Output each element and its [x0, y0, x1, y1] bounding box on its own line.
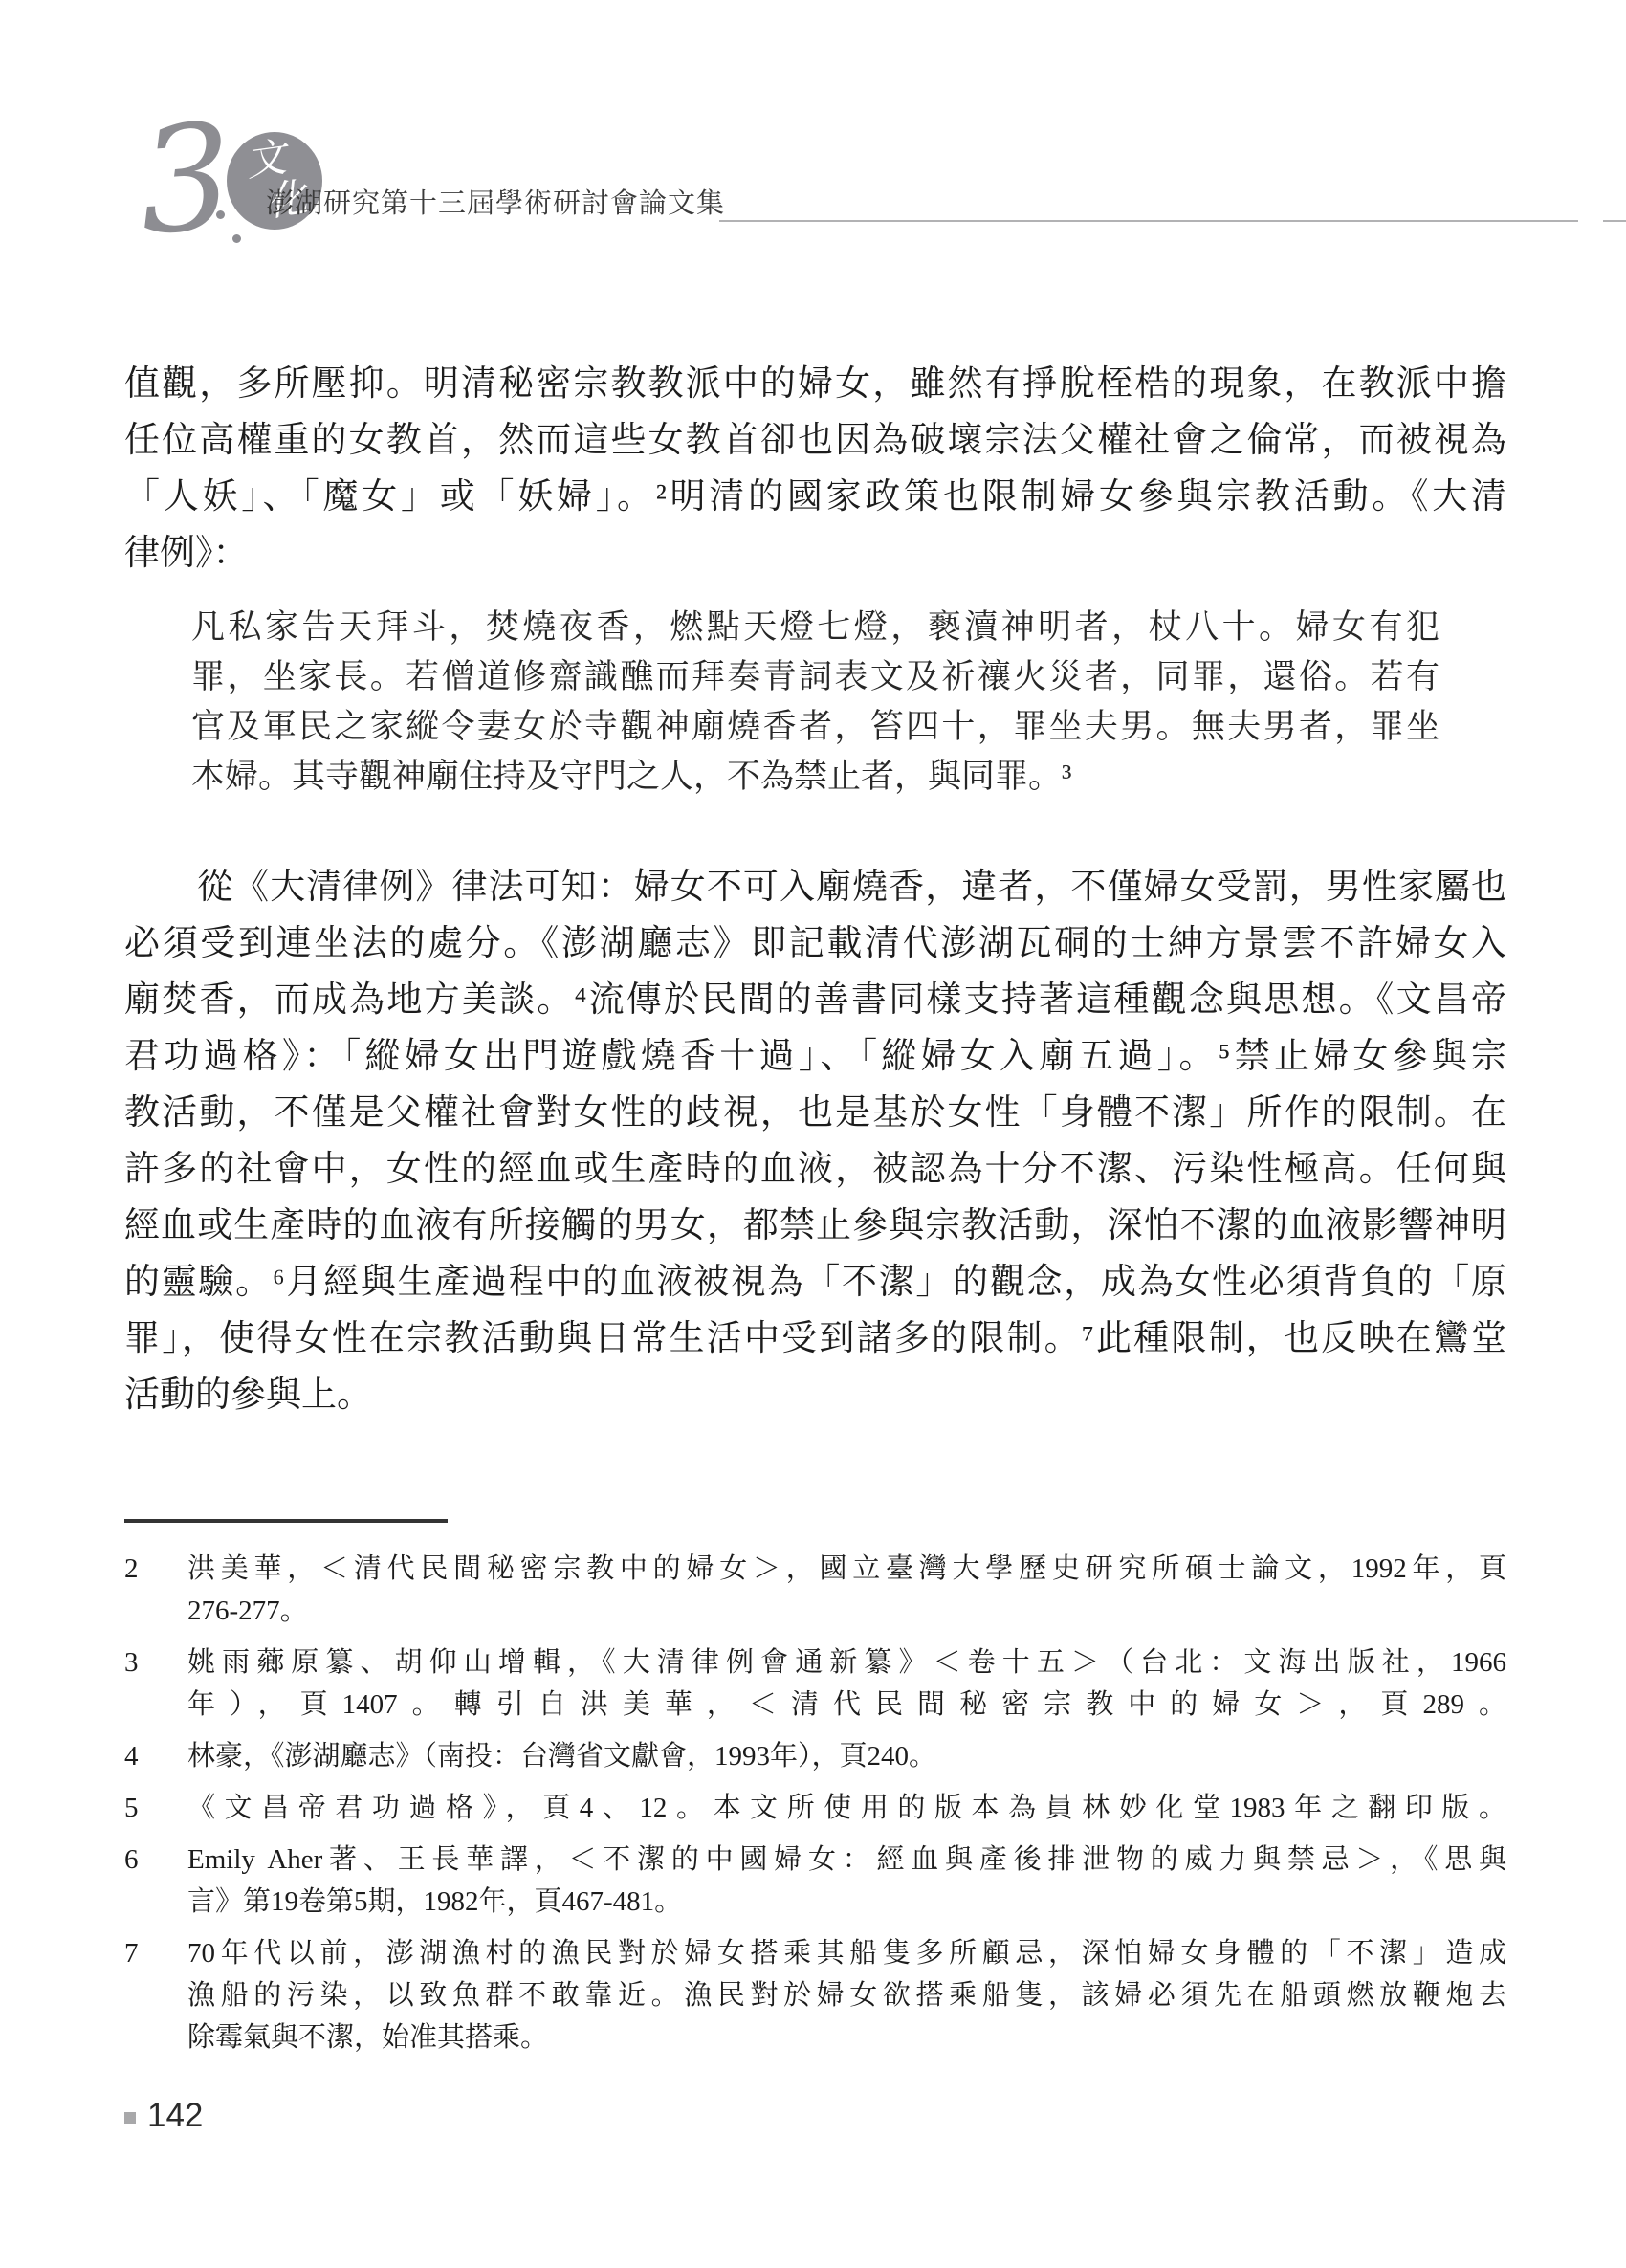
paragraph: 值觀，多所壓抑。明清秘密宗教教派中的婦女，雖然有掙脫桎梏的現象，在教派中擔任位高… [124, 356, 1506, 582]
footnote-number: 5 [124, 1787, 139, 1829]
page-number-text: 142 [147, 2097, 203, 2135]
footnote: 3姚雨薌原纂、胡仰山增輯，《大清律例會通新纂》＜卷十五＞（台北：文海出版社，19… [124, 1641, 1506, 1726]
footnote-text: 林豪，《澎湖廳志》（南投：台灣省文獻會，1993年），頁240。 [187, 1735, 1506, 1777]
text-line: 漁船的污染，以致魚群不敢靠近。漁民對於婦女欲搭乘船隻，該婦必須先在船頭燃放鞭炮去 [187, 1974, 1506, 2016]
page-number-bullet [124, 2112, 136, 2124]
text-line: 洪美華，＜清代民間秘密宗教中的婦女＞，國立臺灣大學歷史研究所碩士論文，1992年… [187, 1548, 1506, 1590]
block-quote: 凡私家告天拜斗，焚燒夜香，燃點天燈七燈，褻瀆神明者，杖八十。婦女有犯罪，坐家長。… [191, 603, 1439, 802]
text-line: 君功過格》：「縱婦女出門遊戲燒香十過」、「縱婦女入廟五過」。⁵禁止婦女參與宗 [124, 1028, 1506, 1085]
text-line: 經血或生產時的血液有所接觸的男女，都禁止參與宗教活動，深怕不潔的血液影響神明 [124, 1198, 1506, 1254]
text-line: 廟焚香，而成為地方美談。⁴流傳於民間的善書同樣支持著這種觀念與思想。《文昌帝 [124, 972, 1506, 1028]
document-page: 3 文 化 澎湖研究第十三屆學術研討會論文集 值觀，多所壓抑。明清秘密宗教教派中… [0, 0, 1626, 2268]
footnote-text: 70年代以前，澎湖漁村的漁民對於婦女搭乘其船隻多所顧忌，深怕婦女身體的「不潔」造… [187, 1932, 1506, 2059]
text-line: 罪」，使得女性在宗教活動與日常生活中受到諸多的限制。⁷此種限制，也反映在鸞堂 [124, 1310, 1506, 1367]
header-rule-end [1603, 220, 1626, 222]
text-line: 《文昌帝君功過格》，頁4、12。本文所使用的版本為員林妙化堂1983年之翻印版。 [187, 1787, 1506, 1829]
footnote: 6Emily Aher著、王長華譯，＜不潔的中國婦女：經血與產後排泄物的威力與禁… [124, 1839, 1506, 1923]
header-title: 澎湖研究第十三屆學術研討會論文集 [266, 187, 725, 221]
text-line: 官及軍民之家縱令妻女於寺觀神廟燒香者，笞四十，罪坐夫男。無夫男者，罪坐 [191, 702, 1439, 752]
text-line: 活動的參與上。 [124, 1367, 1506, 1423]
footnotes: 2洪美華，＜清代民間秘密宗教中的婦女＞，國立臺灣大學歷史研究所碩士論文，1992… [124, 1548, 1506, 2068]
logo-dot [216, 210, 225, 219]
text-line: 任位高權重的女教首，然而這些女教首卻也因為破壞宗法父權社會之倫常，而被視為 [124, 412, 1506, 469]
footnote-number: 4 [124, 1735, 139, 1777]
logo-dot [232, 234, 241, 243]
text-line: 教活動，不僅是父權社會對女性的歧視，也是基於女性「身體不潔」所作的限制。在 [124, 1085, 1506, 1141]
press-logo-numeral: 3 [135, 104, 237, 255]
text-line: 律例》： [124, 525, 1506, 582]
text-line: 許多的社會中，女性的經血或生產時的血液，被認為十分不潔、污染性極高。任何與 [124, 1141, 1506, 1198]
text-line: 凡私家告天拜斗，焚燒夜香，燃點天燈七燈，褻瀆神明者，杖八十。婦女有犯 [191, 603, 1439, 652]
footnote-text: 姚雨薌原纂、胡仰山增輯，《大清律例會通新纂》＜卷十五＞（台北：文海出版社，196… [187, 1641, 1506, 1726]
text-line: 70年代以前，澎湖漁村的漁民對於婦女搭乘其船隻多所顧忌，深怕婦女身體的「不潔」造… [187, 1932, 1506, 1974]
footnote: 770年代以前，澎湖漁村的漁民對於婦女搭乘其船隻多所顧忌，深怕婦女身體的「不潔」… [124, 1932, 1506, 2059]
text-line: 從《大清律例》律法可知：婦女不可入廟燒香，違者，不僅婦女受罰，男性家屬也 [124, 859, 1506, 915]
footnote-number: 2 [124, 1548, 139, 1590]
footnote-text: 《文昌帝君功過格》，頁4、12。本文所使用的版本為員林妙化堂1983年之翻印版。 [187, 1787, 1506, 1829]
text-line: 的靈驗。⁶月經與生產過程中的血液被視為「不潔」的觀念，成為女性必須背負的「原 [124, 1254, 1506, 1310]
footnote-text: Emily Aher著、王長華譯，＜不潔的中國婦女：經血與產後排泄物的威力與禁忌… [187, 1839, 1506, 1923]
text-line: Emily Aher著、王長華譯，＜不潔的中國婦女：經血與產後排泄物的威力與禁忌… [187, 1839, 1506, 1881]
footnote-number: 7 [124, 1932, 139, 1974]
text-line: 本婦。其寺觀神廟住持及守門之人，不為禁止者，與同罪。³ [191, 752, 1439, 802]
text-line: 言》第19卷第5期，1982年，頁467-481。 [187, 1881, 1506, 1923]
footnote: 5《文昌帝君功過格》，頁4、12。本文所使用的版本為員林妙化堂1983年之翻印版… [124, 1787, 1506, 1829]
page-header: 3 文 化 澎湖研究第十三屆學術研討會論文集 [0, 0, 1626, 249]
footnote-text: 洪美華，＜清代民間秘密宗教中的婦女＞，國立臺灣大學歷史研究所碩士論文，1992年… [187, 1548, 1506, 1632]
text-line: 276-277。 [187, 1590, 1506, 1632]
footnote: 2洪美華，＜清代民間秘密宗教中的婦女＞，國立臺灣大學歷史研究所碩士論文，1992… [124, 1548, 1506, 1632]
footnote-number: 3 [124, 1641, 139, 1684]
text-line: 罪，坐家長。若僧道修齋識醮而拜奏青詞表文及祈禳火災者，同罪，還俗。若有 [191, 652, 1439, 702]
text-line: 姚雨薌原纂、胡仰山增輯，《大清律例會通新纂》＜卷十五＞（台北：文海出版社，196… [187, 1641, 1506, 1684]
footnote-number: 6 [124, 1839, 139, 1881]
text-line: 除霉氣與不潔，始准其搭乘。 [187, 2016, 1506, 2059]
text-line: 林豪，《澎湖廳志》（南投：台灣省文獻會，1993年），頁240。 [187, 1735, 1506, 1777]
paragraph: 從《大清律例》律法可知：婦女不可入廟燒香，違者，不僅婦女受罰，男性家屬也必須受到… [124, 859, 1506, 1423]
text-line: 必須受到連坐法的處分。《澎湖廳志》即記載清代澎湖瓦硐的士紳方景雲不許婦女入 [124, 915, 1506, 972]
text-line: 值觀，多所壓抑。明清秘密宗教教派中的婦女，雖然有掙脫桎梏的現象，在教派中擔 [124, 356, 1506, 412]
footnote-rule [124, 1519, 448, 1523]
footnote: 4林豪，《澎湖廳志》（南投：台灣省文獻會，1993年），頁240。 [124, 1735, 1506, 1777]
text-line: 年），頁1407。轉引自洪美華，＜清代民間秘密宗教中的婦女＞，頁289。 [187, 1684, 1506, 1726]
text-line: 「人妖」、「魔女」或「妖婦」。²明清的國家政策也限制婦女參與宗教活動。《大清 [124, 469, 1506, 525]
header-rule [719, 220, 1578, 222]
